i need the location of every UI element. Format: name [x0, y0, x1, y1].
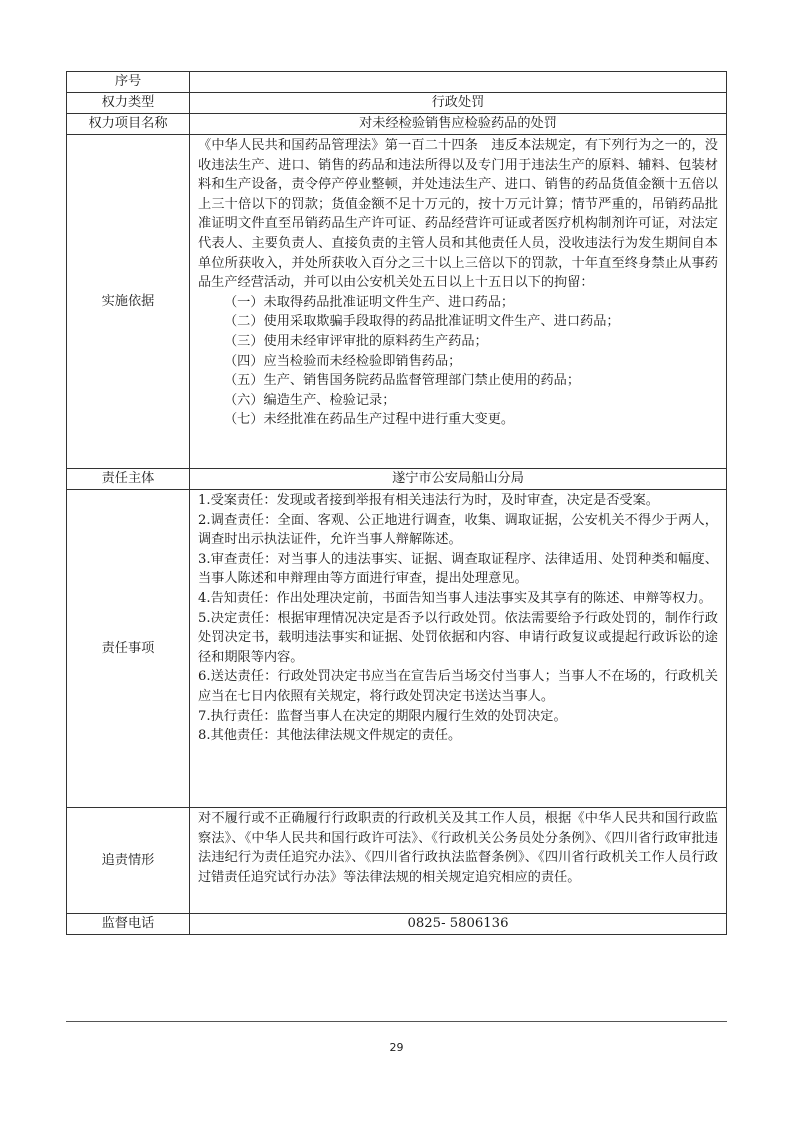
value-item-name: 对未经检验销售应检验药品的处罚	[190, 114, 727, 135]
duty-item: 1.受案责任：发现或者接到举报有相关违法行为时，及时审查，决定是否受案。	[198, 491, 718, 511]
value-phone: 0825- 5806136	[190, 914, 727, 935]
accountability-text: 对不履行或不正确履行行政职责的行政机关及其工作人员，根据《中华人民共和国行政监察…	[198, 809, 718, 887]
label-basis: 实施依据	[67, 135, 190, 469]
basis-item: （七）未经批准在药品生产过程中进行重大变更。	[198, 410, 718, 430]
label-accountability: 追责情形	[67, 808, 190, 914]
basis-item: （三）使用未经审评审批的原料药生产药品；	[198, 332, 718, 352]
value-serial	[190, 72, 727, 93]
value-basis: 《中华人民共和国药品管理法》第一百二十四条 违反本法规定，有下列行为之一的，没收…	[190, 135, 727, 469]
label-phone: 监督电话	[67, 914, 190, 935]
row-basis: 实施依据 《中华人民共和国药品管理法》第一百二十四条 违反本法规定，有下列行为之…	[67, 135, 727, 469]
basis-item: （四）应当检验而未经检验即销售药品；	[198, 352, 718, 372]
power-item-table: 序号 权力类型 行政处罚 权力项目名称 对未经检验销售应检验药品的处罚 实施依据…	[66, 71, 727, 935]
row-subject: 责任主体 遂宁市公安局船山分局	[67, 469, 727, 490]
value-power-type: 行政处罚	[190, 93, 727, 114]
value-duties: 1.受案责任：发现或者接到举报有相关违法行为时，及时审查，决定是否受案。 2.调…	[190, 490, 727, 808]
label-item-name: 权力项目名称	[67, 114, 190, 135]
label-duties: 责任事项	[67, 490, 190, 808]
row-accountability: 追责情形 对不履行或不正确履行行政职责的行政机关及其工作人员，根据《中华人民共和…	[67, 808, 727, 914]
duty-item: 7.执行责任：监督当事人在决定的期限内履行生效的处罚决定。	[198, 707, 718, 727]
label-power-type: 权力类型	[67, 93, 190, 114]
footer-divider	[66, 1021, 727, 1022]
duty-item: 6.送达责任：行政处罚决定书应当在宣告后当场交付当事人；当事人不在场的，行政机关…	[198, 667, 718, 706]
value-subject: 遂宁市公安局船山分局	[190, 469, 727, 490]
label-subject: 责任主体	[67, 469, 190, 490]
basis-item: （一）未取得药品批准证明文件生产、进口药品；	[198, 293, 718, 313]
duty-item: 3.审查责任：对当事人的违法事实、证据、调查取证程序、法律适用、处罚种类和幅度、…	[198, 550, 718, 589]
row-serial: 序号	[67, 72, 727, 93]
value-accountability: 对不履行或不正确履行行政职责的行政机关及其工作人员，根据《中华人民共和国行政监察…	[190, 808, 727, 914]
duty-item: 4.告知责任：作出处理决定前，书面告知当事人违法事实及其享有的陈述、申辩等权力。	[198, 589, 718, 609]
row-phone: 监督电话 0825- 5806136	[67, 914, 727, 935]
basis-item: （二）使用采取欺骗手段取得的药品批准证明文件生产、进口药品；	[198, 312, 718, 332]
row-power-type: 权力类型 行政处罚	[67, 93, 727, 114]
duty-item: 5.决定责任：根据审理情况决定是否予以行政处罚。依法需要给予行政处罚的，制作行政…	[198, 609, 718, 668]
basis-item: （五）生产、销售国务院药品监督管理部门禁止使用的药品；	[198, 371, 718, 391]
page-number: 29	[0, 1041, 793, 1054]
row-duties: 责任事项 1.受案责任：发现或者接到举报有相关违法行为时，及时审查，决定是否受案…	[67, 490, 727, 808]
duty-item: 8.其他责任：其他法律法规文件规定的责任。	[198, 726, 718, 746]
label-serial: 序号	[67, 72, 190, 93]
basis-paragraph: 《中华人民共和国药品管理法》第一百二十四条 违反本法规定，有下列行为之一的，没收…	[198, 136, 718, 293]
duty-item: 2.调查责任：全面、客观、公正地进行调查，收集、调取证据，公安机关不得少于两人，…	[198, 511, 718, 550]
basis-item: （六）编造生产、检验记录；	[198, 391, 718, 411]
row-item-name: 权力项目名称 对未经检验销售应检验药品的处罚	[67, 114, 727, 135]
